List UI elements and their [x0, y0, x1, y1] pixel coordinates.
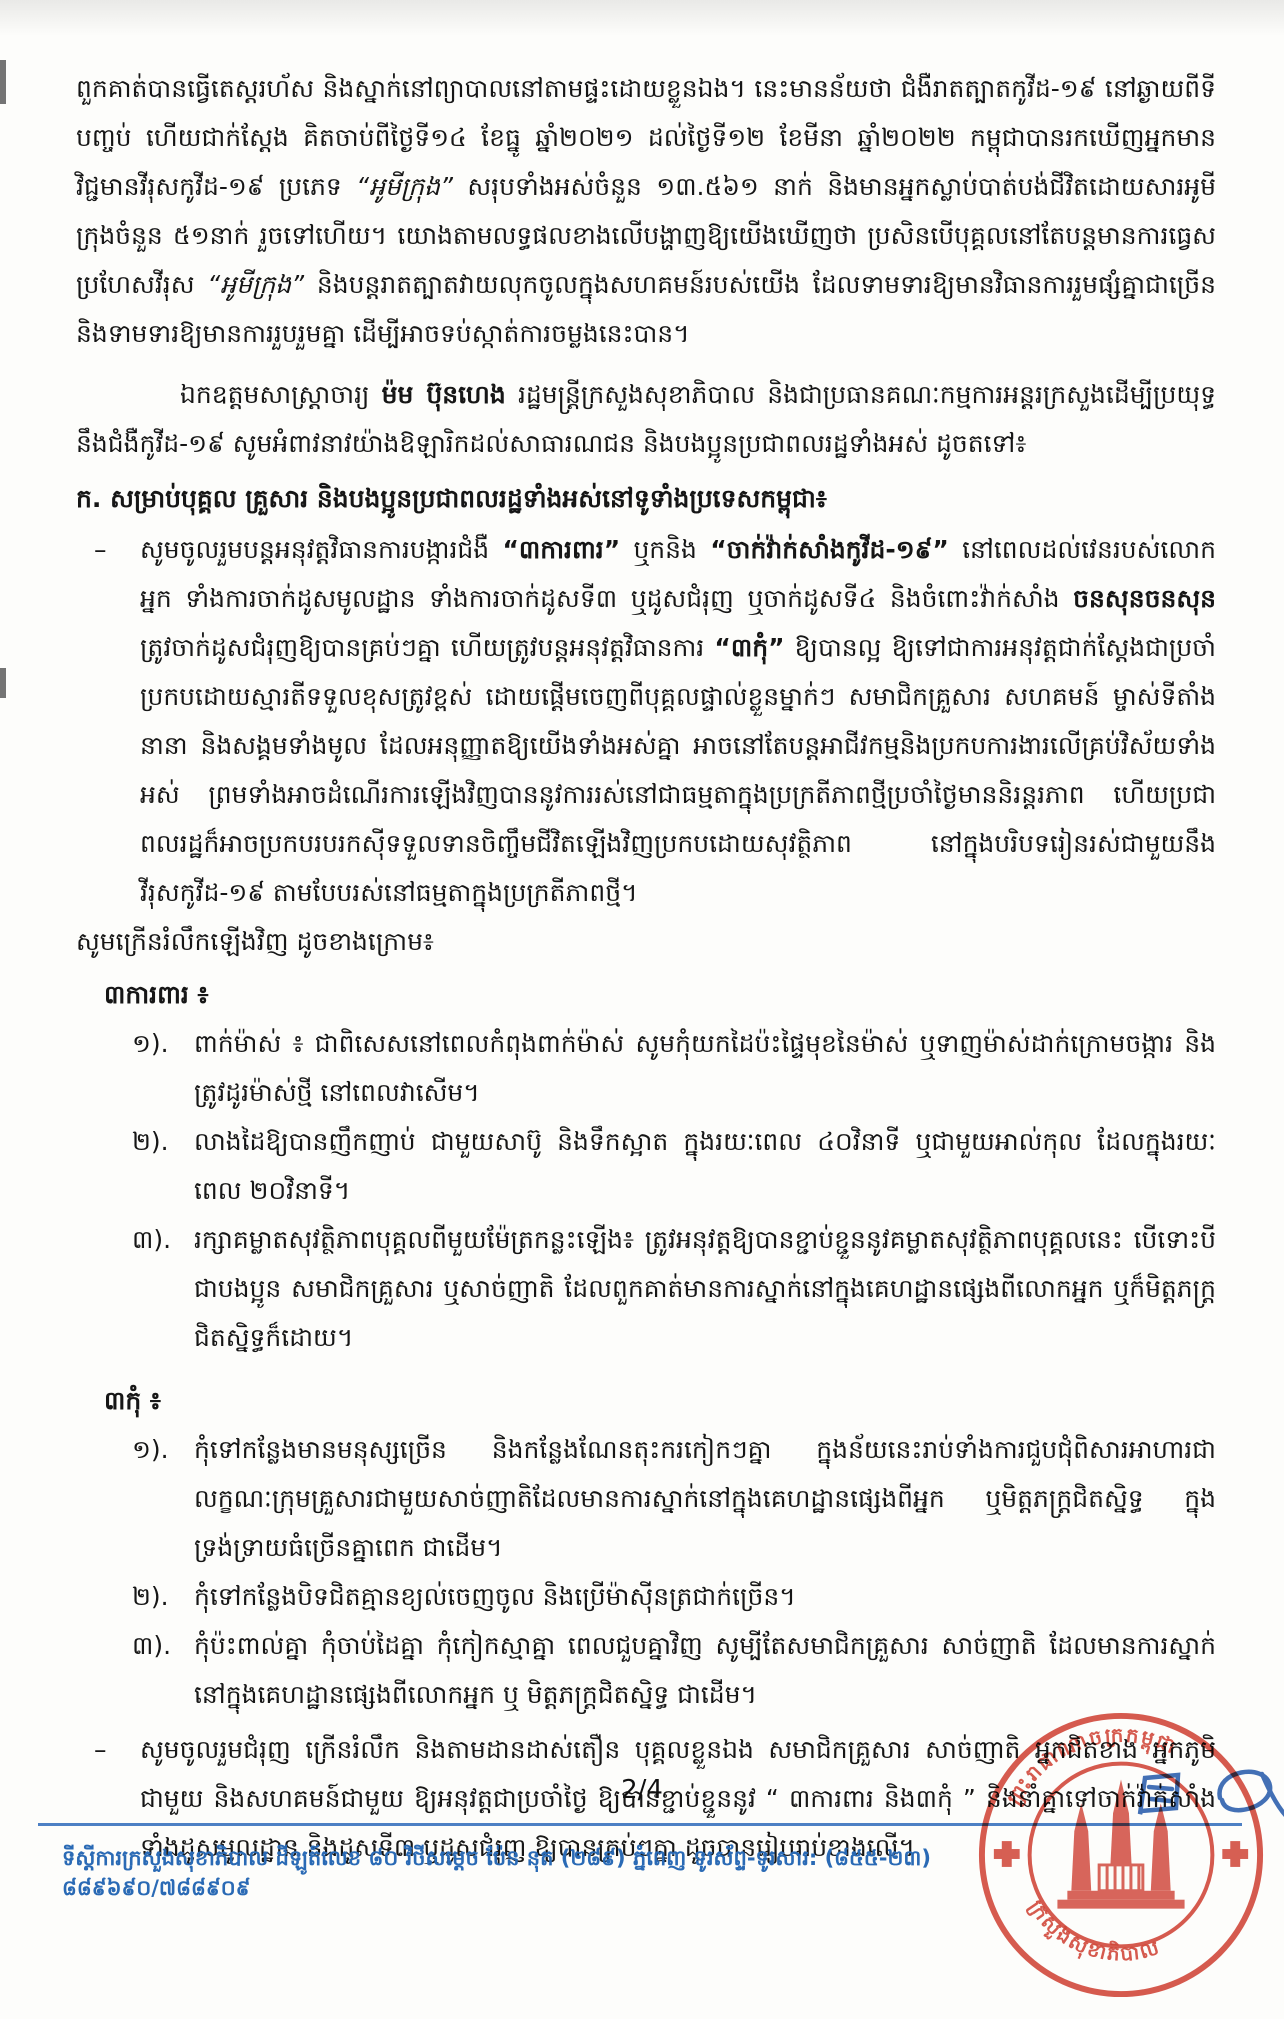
list-item: ២). កុំទៅកន្លែងបិទជិតគ្មានខ្យល់ចេញចូល និ…	[132, 1572, 1216, 1621]
scan-artifact	[0, 60, 6, 104]
ministry-red-seal: ព្រះរាជាណាចក្រកម្ពុជា ក្រសួងសុខាភិបាល	[972, 1706, 1270, 2004]
item-text: កុំប៉ះពាល់គ្នា កុំចាប់ដៃគ្នា កុំកៀកស្មាគ…	[194, 1621, 1216, 1719]
item-text: ពាក់ម៉ាស់ ៖ ជាពិសេសនៅពេលកំពុងពាក់ម៉ាស់ ស…	[194, 1019, 1216, 1117]
reminder-line: សូមក្រើនរំលឹកឡើងវិញ ដូចខាងក្រោម៖	[76, 917, 1216, 966]
item-text: លាងដៃឱ្យបានញឹកញាប់ ជាមួយសាប៊ូ និងទឹកស្អា…	[194, 1117, 1216, 1215]
scanned-document-page: ពួកគាត់បានធ្វើតេស្តរហ័ស និងស្នាក់នៅព្យាប…	[0, 0, 1284, 2019]
scan-artifact	[0, 668, 6, 698]
item-marker: ២).	[132, 1572, 194, 1621]
item-text: កុំទៅកន្លែងមានមនុស្សច្រើន និងកន្លែងណែនតុ…	[194, 1425, 1216, 1572]
paragraph-appeal: ឯកឧត្តមសាស្ត្រាចារ្យ ម៉ម ប៊ុនហេង រដ្ឋមន្…	[76, 370, 1216, 468]
list-item: ៣). កុំប៉ះពាល់គ្នា កុំចាប់ដៃគ្នា កុំកៀកស…	[132, 1621, 1216, 1719]
item-text: កុំទៅកន្លែងបិទជិតគ្មានខ្យល់ចេញចូល និងប្រ…	[194, 1572, 1216, 1621]
dash-bullet: –	[76, 525, 140, 917]
cross-icon	[994, 1841, 1020, 1867]
three-dont-heading: ៣កុំ ៖	[104, 1376, 1216, 1425]
item-marker: ៣).	[132, 1215, 194, 1362]
list-item: ១). កុំទៅកន្លែងមានមនុស្សច្រើន និងកន្លែងណ…	[132, 1425, 1216, 1572]
footer-address: ទីស្តីការក្រសួងសុខាភិបាល ដីឡូត៍លេខ ៨០ វិ…	[62, 1843, 1104, 1903]
cross-icon	[1222, 1841, 1248, 1867]
item-marker: ៣).	[132, 1621, 194, 1719]
list-item: ១). ពាក់ម៉ាស់ ៖ ជាពិសេសនៅពេលកំពុងពាក់ម៉ា…	[132, 1019, 1216, 1117]
list-item: ២). លាងដៃឱ្យបានញឹកញាប់ ជាមួយសាប៊ូ និងទឹក…	[132, 1117, 1216, 1215]
item-marker: ២).	[132, 1117, 194, 1215]
item-text: រក្សាគម្លាតសុវត្ថិភាពបុគ្គលពីមួយម៉ែត្រកន…	[194, 1215, 1216, 1362]
three-protect-heading: ៣ការពារ ៖	[104, 970, 1216, 1019]
section-a-heading: ក. សម្រាប់បុគ្គល គ្រួសារ និងបងប្អូនប្រជា…	[76, 474, 1216, 523]
item-marker: ១).	[132, 1019, 194, 1117]
dash-bullet-text: សូមចូលរួមបន្តអនុវត្តវិធានការបង្ការជំងឺ “…	[140, 525, 1216, 917]
document-body: ពួកគាត់បានធ្វើតេស្តរហ័ស និងស្នាក់នៅព្យាប…	[76, 64, 1216, 1872]
dash-bullet-item: – សូមចូលរួមបន្តអនុវត្តវិធានការបង្ការជំងឺ…	[76, 525, 1216, 917]
three-protect-list: ១). ពាក់ម៉ាស់ ៖ ជាពិសេសនៅពេលកំពុងពាក់ម៉ា…	[132, 1019, 1216, 1362]
list-item: ៣). រក្សាគម្លាតសុវត្ថិភាពបុគ្គលពីមួយម៉ែត…	[132, 1215, 1216, 1362]
signature-ink	[1126, 1756, 1284, 1840]
paragraph-continuation: ពួកគាត់បានធ្វើតេស្តរហ័ស និងស្នាក់នៅព្យាប…	[76, 64, 1216, 358]
three-dont-list: ១). កុំទៅកន្លែងមានមនុស្សច្រើន និងកន្លែងណ…	[132, 1425, 1216, 1719]
item-marker: ១).	[132, 1425, 194, 1572]
